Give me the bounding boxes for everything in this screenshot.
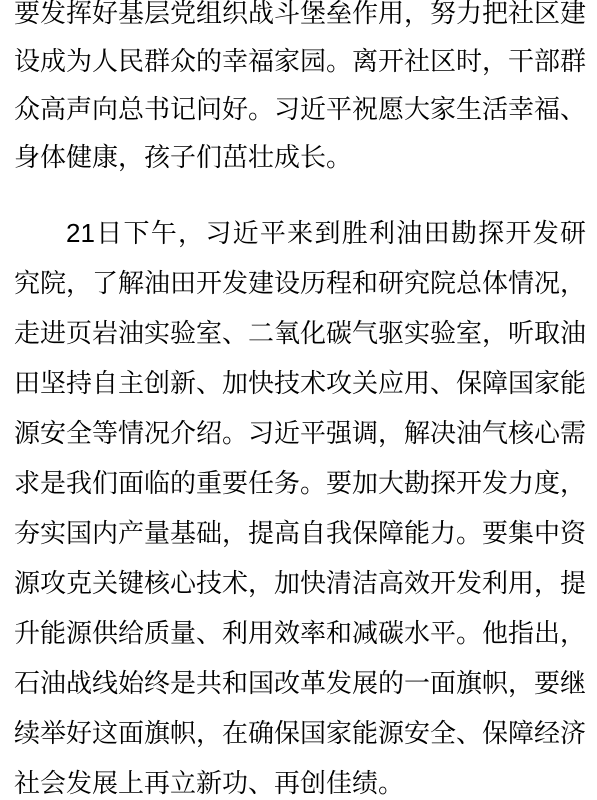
article-paragraph: 21日下午，习近平来到胜利油田勘探开发研究院，了解油田开发建设历程和研究院总体情… [14,208,586,800]
article-page: 要发挥好基层党组织战斗堡垒作用，努力把社区建设成为人民群众的幸福家园。离开社区时… [0,0,597,800]
article-body: 要发挥好基层党组织战斗堡垒作用，努力把社区建设成为人民群众的幸福家园。离开社区时… [14,0,586,800]
article-paragraph: 要发挥好基层党组织战斗堡垒作用，努力把社区建设成为人民群众的幸福家园。离开社区时… [14,0,586,181]
